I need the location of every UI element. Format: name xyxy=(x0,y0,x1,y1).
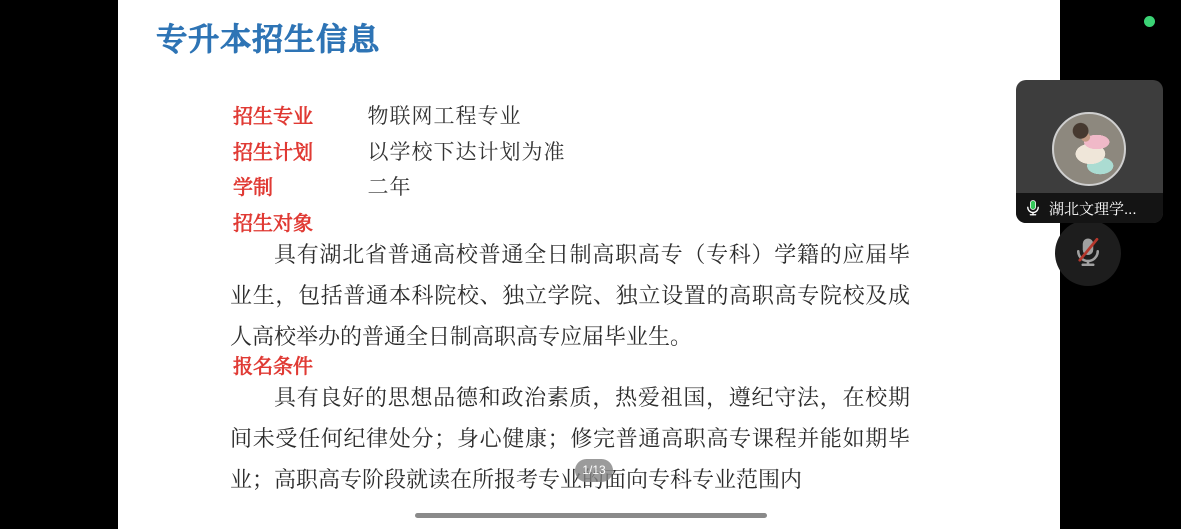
microphone-muted-icon xyxy=(1070,234,1106,273)
info-row-major: 招生专业 物联网工程专业 xyxy=(233,100,521,130)
requirements-heading: 报名条件 xyxy=(233,350,313,379)
info-label: 招生专业 xyxy=(233,100,363,129)
info-row-plan: 招生计划 以学校下达计划为准 xyxy=(233,136,565,166)
requirements-paragraph: 具有良好的思想品德和政治素质，热爱祖国，遵纪守法，在校期间未受任何纪律处分；身心… xyxy=(230,377,910,500)
eligibility-paragraph: 具有湖北省普通高校普通全日制高职高专（专科）学籍的应届毕业生，包括普通本科院校、… xyxy=(230,234,910,357)
info-label: 招生对象 xyxy=(233,207,363,236)
info-value: 二年 xyxy=(367,175,411,199)
info-value: 以学校下达计划为准 xyxy=(367,140,565,164)
presentation-slide: 专升本招生信息 招生专业 物联网工程专业 招生计划 以学校下达计划为准 学制 二… xyxy=(118,0,1060,529)
info-label: 学制 xyxy=(233,171,363,200)
microphone-mute-button[interactable] xyxy=(1055,220,1121,286)
page-indicator-badge: 1/13 xyxy=(575,459,613,482)
info-label: 招生计划 xyxy=(233,136,363,165)
bottom-gesture-bar[interactable] xyxy=(415,513,767,518)
microphone-active-icon xyxy=(1024,199,1042,217)
info-value: 物联网工程专业 xyxy=(367,104,521,128)
participant-avatar xyxy=(1052,112,1126,186)
participant-name-bar: 湖北文理学... xyxy=(1016,193,1163,223)
info-row-duration: 学制 二年 xyxy=(233,171,411,201)
info-row-target: 招生对象 xyxy=(233,207,363,236)
left-letterbox xyxy=(0,0,118,529)
participant-video-tile[interactable]: 湖北文理学... xyxy=(1016,80,1163,223)
status-dot-green xyxy=(1144,16,1155,27)
participant-name: 湖北文理学... xyxy=(1049,198,1137,219)
slide-title: 专升本招生信息 xyxy=(156,14,380,59)
